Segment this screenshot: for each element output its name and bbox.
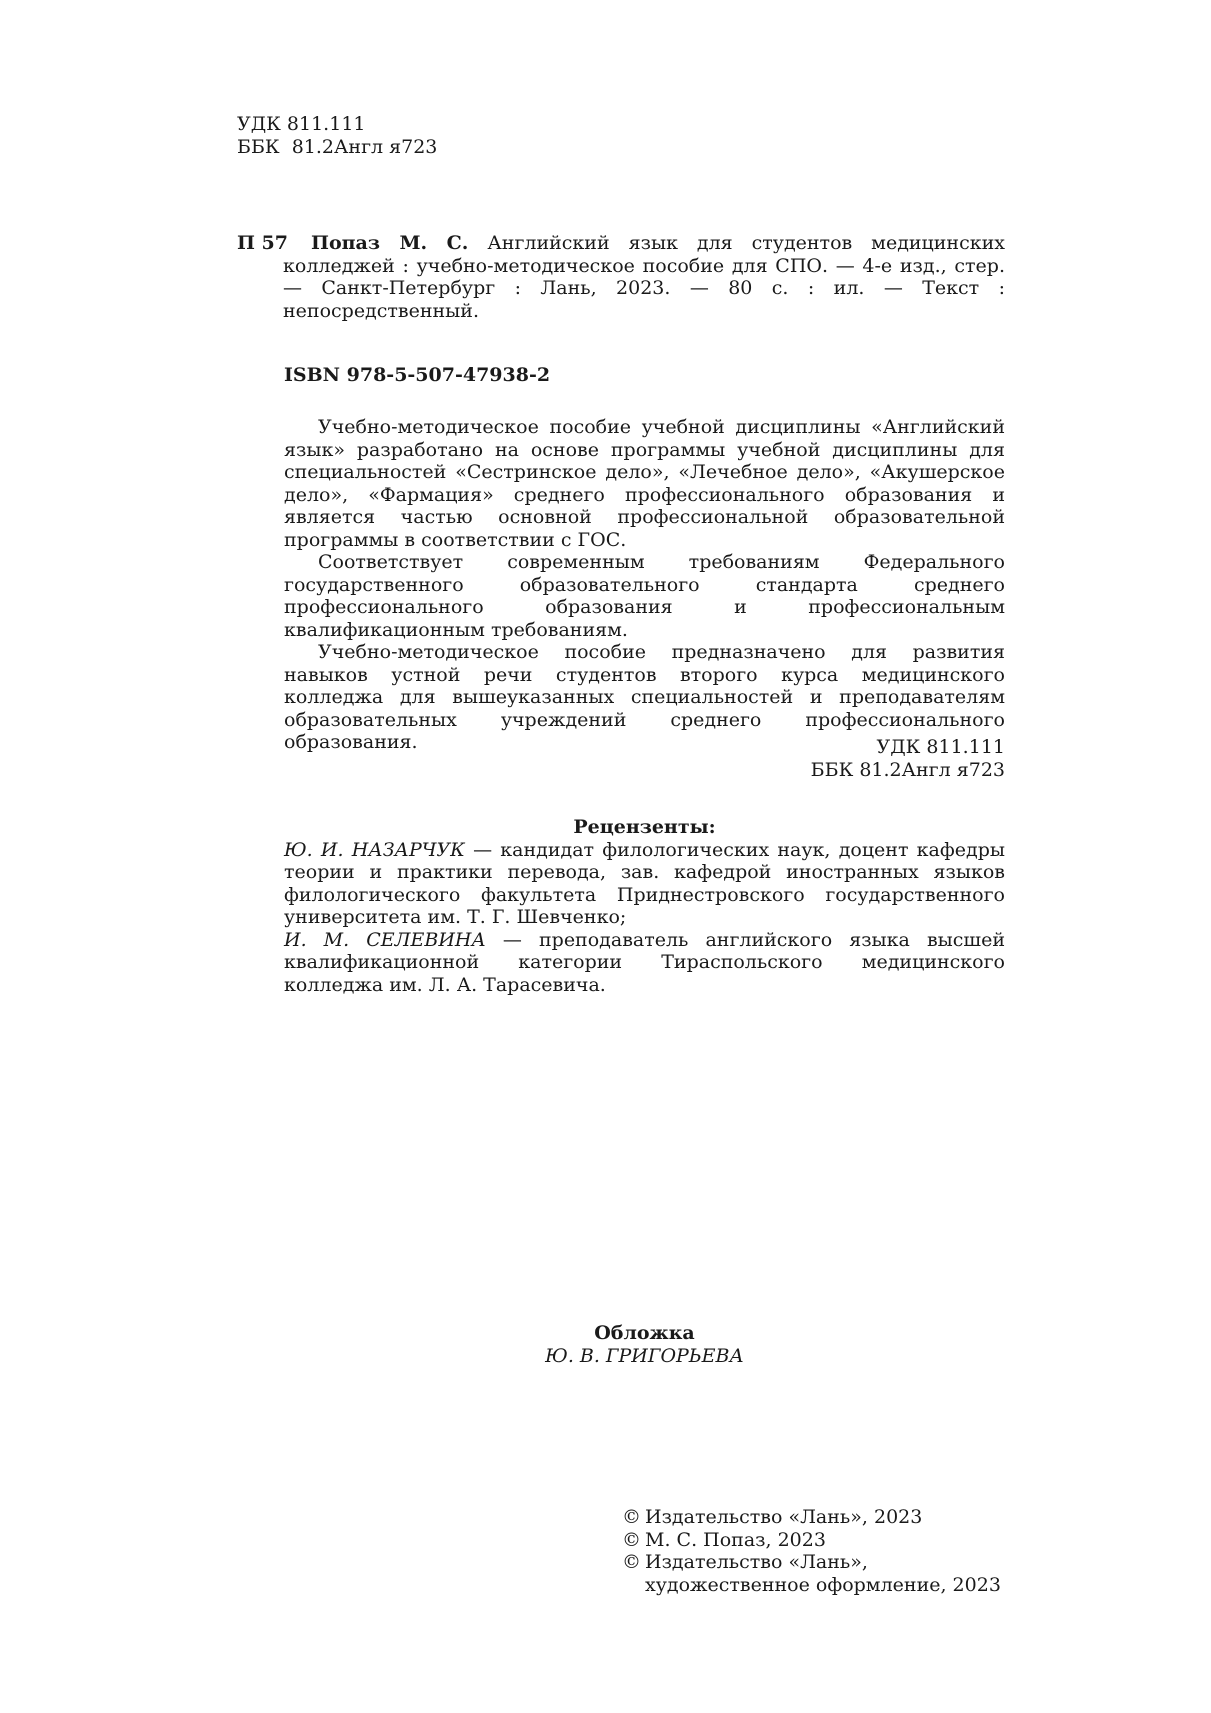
annotation-paragraph: Соответствует современным требованиям Фе… bbox=[284, 551, 1005, 641]
reviewer-name: Ю. И. НАЗАРЧУК bbox=[284, 839, 465, 861]
reviewer-name: И. М. СЕЛЕВИНА bbox=[284, 929, 486, 951]
bbk-code: ББК 81.2Англ я723 bbox=[700, 759, 1005, 782]
reviewer-entry: И. М. СЕЛЕВИНА — преподаватель английско… bbox=[284, 929, 1005, 997]
reviewers-section: Рецензенты: Ю. И. НАЗАРЧУК — кандидат фи… bbox=[284, 816, 1005, 996]
udk-code: УДК 811.111 bbox=[700, 736, 1005, 759]
copyright-icon: © bbox=[622, 1551, 645, 1574]
copyright-icon: © bbox=[622, 1529, 645, 1552]
cover-credit: Обложка Ю. В. ГРИГОРЬЕВА bbox=[284, 1322, 1005, 1367]
bbk-code: ББК 81.2Англ я723 bbox=[237, 136, 437, 159]
cover-designer-name: Ю. В. ГРИГОРЬЕВА bbox=[284, 1345, 1005, 1368]
bottom-classification-codes: УДК 811.111 ББК 81.2Англ я723 bbox=[700, 736, 1005, 781]
isbn: ISBN 978-5-507-47938-2 bbox=[284, 364, 550, 387]
copyright-line: © Издательство «Лань», 2023 bbox=[622, 1506, 1001, 1529]
catalog-author: Попаз М. С. bbox=[311, 232, 468, 254]
reviewer-entry: Ю. И. НАЗАРЧУК — кандидат филологических… bbox=[284, 839, 1005, 929]
annotation: Учебно-методическое пособие учебной дисц… bbox=[284, 416, 1005, 754]
annotation-paragraph: Учебно-методическое пособие учебной дисц… bbox=[284, 416, 1005, 551]
bibliographic-entry: Попаз М. С. Английский язык для студенто… bbox=[283, 232, 1005, 322]
copyright-line: © Издательство «Лань», bbox=[622, 1551, 1001, 1574]
reviewers-heading: Рецензенты: bbox=[284, 816, 1005, 839]
copyright-icon: © bbox=[622, 1506, 645, 1529]
udk-code: УДК 811.111 bbox=[237, 113, 437, 136]
copyright-block: © Издательство «Лань», 2023 © М. С. Попа… bbox=[622, 1506, 1001, 1596]
top-classification-codes: УДК 811.111 ББК 81.2Англ я723 bbox=[237, 113, 437, 158]
copyright-line: © М. С. Попаз, 2023 bbox=[622, 1529, 1001, 1552]
copyright-line-continuation: художественное оформление, 2023 bbox=[622, 1574, 1001, 1597]
catalog-author-mark: П 57 bbox=[237, 232, 288, 255]
cover-heading: Обложка bbox=[284, 1322, 1005, 1345]
